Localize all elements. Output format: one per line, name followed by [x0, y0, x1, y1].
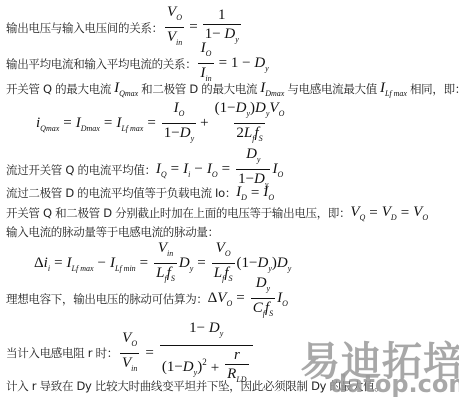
line-output-ripple: 理想电容下，输出电压的脉动可估算为： ΔVO = Dy CffS IO	[6, 275, 288, 322]
line-max-current-text: 开关管 Q 的最大电流 IQmax 和二极管 D 的最大电流 IDmax 与电感…	[6, 80, 459, 98]
watermark-url: datop.com	[330, 370, 459, 398]
label: 输出平均电流和输入平均电流的关系：	[6, 56, 196, 72]
line-ripple-current-text: 输入电流的脉动量等于电感电流的脉动量：	[6, 224, 219, 240]
line-off-voltage: 开关管 Q 和二极管 D 分别截止时加在上面的电压等于输出电压，即： VQ = …	[6, 204, 428, 222]
line-diode-avg-current: 流过二极管 D 的电流平均值等于负载电流 Io： ID = IO	[6, 184, 274, 202]
formula-max-current: iQmax = IDmax = ILf max = IO 1−Dy + (1−D…	[36, 100, 288, 147]
label: 输出电压与输入电压间的关系：	[6, 20, 163, 36]
